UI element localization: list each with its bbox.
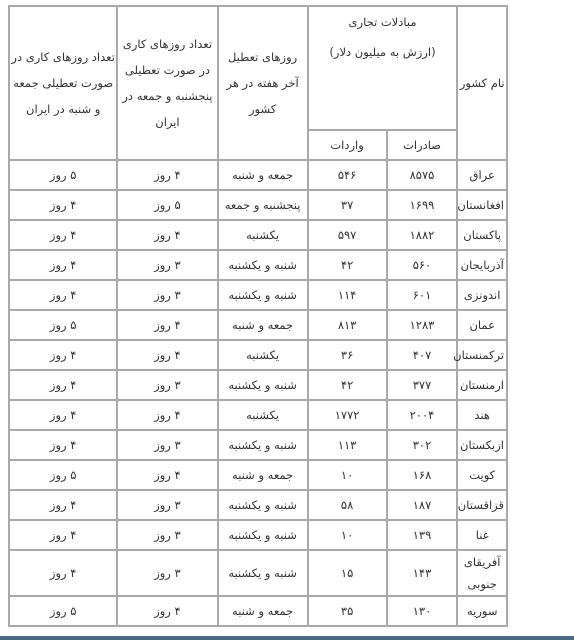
table-row: هند۲۰۰۴۱۷۷۲یکشنبه۴ روز۴ روز [9,400,507,430]
header-row: نام کشور مبادلات تجاری (ارزش به میلیون د… [9,6,507,130]
table-row: پاکستان۱۸۸۲۵۹۷یکشنبه۴ روز۴ روز [9,220,507,250]
header-trade-unit: (ارزش به میلیون دلار) [311,41,455,63]
cell-weekend: یکشنبه [218,220,308,250]
table-row: ارمنستان۳۷۷۴۲شنبه و یکشنبه۳ روز۴ روز [9,370,507,400]
cell-country: افغانستان [457,190,507,220]
cell-workdays-thu-fri: ۴ روز [117,160,217,190]
cell-exports: ۱۸۸۲ [387,220,458,250]
cell-workdays-thu-fri: ۳ روز [117,430,217,460]
cell-country: هند [457,400,507,430]
cell-workdays-thu-fri: ۵ روز [117,190,217,220]
cell-workdays-thu-fri: ۳ روز [117,370,217,400]
cell-country: ازبکستان [457,430,507,460]
cell-workdays-fri-sat: ۴ روز [9,550,117,596]
table-row: قزاقستان۱۸۷۵۸شنبه و یکشنبه۳ روز۴ روز [9,490,507,520]
cell-workdays-fri-sat: ۴ روز [9,250,117,280]
table-row: آفریقای جنوبی۱۴۳۱۵شنبه و یکشنبه۳ روز۴ رو… [9,550,507,596]
cell-weekend: پنجشنبه و جمعه [218,190,308,220]
cell-imports: ۸۱۳ [308,310,387,340]
trade-workdays-table: نام کشور مبادلات تجاری (ارزش به میلیون د… [8,5,508,627]
table-row: ازبکستان۳۰۲۱۱۳شنبه و یکشنبه۳ روز۴ روز [9,430,507,460]
cell-country: کویت [457,460,507,490]
cell-imports: ۴۲ [308,250,387,280]
cell-weekend: جمعه و شنبه [218,460,308,490]
cell-weekend: شنبه و یکشنبه [218,520,308,550]
cell-weekend: شنبه و یکشنبه [218,550,308,596]
cell-country: عراق [457,160,507,190]
cell-exports: ۲۰۰۴ [387,400,458,430]
table-row: عمان۱۲۸۳۸۱۳جمعه و شنبه۴ روز۵ روز [9,310,507,340]
cell-weekend: شنبه و یکشنبه [218,490,308,520]
cell-exports: ۸۵۷۵ [387,160,458,190]
cell-workdays-fri-sat: ۴ روز [9,280,117,310]
cell-country: قزاقستان [457,490,507,520]
bottom-bar [0,636,574,640]
table-row: کویت۱۶۸۱۰جمعه و شنبه۴ روز۵ روز [9,460,507,490]
table-row: افغانستان۱۶۹۹۳۷پنجشنبه و جمعه۵ روز۴ روز [9,190,507,220]
cell-exports: ۱۶۹۹ [387,190,458,220]
header-imports: واردات [308,130,387,160]
cell-workdays-fri-sat: ۴ روز [9,220,117,250]
table-row: آذربایجان۵۶۰۴۲شنبه و یکشنبه۳ روز۴ روز [9,250,507,280]
cell-workdays-thu-fri: ۴ روز [117,400,217,430]
cell-workdays-thu-fri: ۴ روز [117,460,217,490]
header-workdays-thu-fri: تعداد روزهای کاری در صورت تعطیلی پنجشنبه… [117,6,217,160]
cell-imports: ۴۲ [308,370,387,400]
cell-workdays-thu-fri: ۳ روز [117,520,217,550]
header-country: نام کشور [457,6,507,160]
cell-imports: ۱۵ [308,550,387,596]
cell-imports: ۵۴۶ [308,160,387,190]
cell-imports: ۱۰ [308,520,387,550]
cell-imports: ۳۶ [308,340,387,370]
cell-workdays-thu-fri: ۳ روز [117,280,217,310]
cell-workdays-fri-sat: ۵ روز [9,310,117,340]
cell-workdays-thu-fri: ۴ روز [117,310,217,340]
cell-imports: ۱۱۴ [308,280,387,310]
cell-exports: ۱۴۳ [387,550,458,596]
cell-weekend: جمعه و شنبه [218,310,308,340]
cell-country: عمان [457,310,507,340]
table-row: سوریه۱۳۰۳۵جمعه و شنبه۴ روز۵ روز [9,596,507,626]
cell-exports: ۶۰۱ [387,280,458,310]
cell-weekend: یکشنبه [218,400,308,430]
cell-exports: ۱۳۰ [387,596,458,626]
table-body: عراق۸۵۷۵۵۴۶جمعه و شنبه۴ روز۵ روزافغانستا… [9,160,507,626]
cell-exports: ۱۲۸۳ [387,310,458,340]
cell-weekend: شنبه و یکشنبه [218,430,308,460]
header-exports: صادرات [387,130,458,160]
cell-weekend: جمعه و شنبه [218,160,308,190]
cell-exports: ۱۸۷ [387,490,458,520]
cell-imports: ۱۷۷۲ [308,400,387,430]
cell-workdays-fri-sat: ۴ روز [9,520,117,550]
cell-workdays-fri-sat: ۵ روز [9,160,117,190]
trade-table-container: نام کشور مبادلات تجاری (ارزش به میلیون د… [8,5,508,627]
cell-country: آذربایجان [457,250,507,280]
header-trade-title: مبادلات تجاری [349,15,417,29]
cell-imports: ۳۷ [308,190,387,220]
cell-workdays-fri-sat: ۴ روز [9,370,117,400]
cell-exports: ۱۶۸ [387,460,458,490]
cell-workdays-thu-fri: ۴ روز [117,596,217,626]
header-weekend-days: روزهای تعطیل آخر هفته در هر کشور [218,6,308,160]
cell-exports: ۱۳۹ [387,520,458,550]
cell-workdays-fri-sat: ۴ روز [9,400,117,430]
cell-workdays-fri-sat: ۵ روز [9,596,117,626]
cell-weekend: شنبه و یکشنبه [218,370,308,400]
cell-weekend: شنبه و یکشنبه [218,280,308,310]
cell-exports: ۳۰۲ [387,430,458,460]
cell-workdays-thu-fri: ۳ روز [117,250,217,280]
cell-workdays-thu-fri: ۳ روز [117,550,217,596]
cell-workdays-thu-fri: ۳ روز [117,490,217,520]
header-workdays-fri-sat: تعداد روزهای کاری در صورت تعطیلی جمعه و … [9,6,117,160]
table-row: ترکمنستان۴۰۷۳۶یکشنبه۴ روز۴ روز [9,340,507,370]
cell-country: ترکمنستان [457,340,507,370]
cell-weekend: جمعه و شنبه [218,596,308,626]
cell-exports: ۵۶۰ [387,250,458,280]
cell-imports: ۵۸ [308,490,387,520]
cell-workdays-fri-sat: ۴ روز [9,340,117,370]
table-row: اندونزی۶۰۱۱۱۴شنبه و یکشنبه۳ روز۴ روز [9,280,507,310]
cell-imports: ۱۱۳ [308,430,387,460]
cell-workdays-fri-sat: ۵ روز [9,460,117,490]
cell-weekend: شنبه و یکشنبه [218,250,308,280]
cell-workdays-fri-sat: ۴ روز [9,490,117,520]
cell-country: سوریه [457,596,507,626]
cell-weekend: یکشنبه [218,340,308,370]
cell-imports: ۳۵ [308,596,387,626]
cell-country: غنا [457,520,507,550]
table-row: عراق۸۵۷۵۵۴۶جمعه و شنبه۴ روز۵ روز [9,160,507,190]
table-row: غنا۱۳۹۱۰شنبه و یکشنبه۳ روز۴ روز [9,520,507,550]
cell-workdays-thu-fri: ۴ روز [117,220,217,250]
cell-exports: ۳۷۷ [387,370,458,400]
cell-imports: ۵۹۷ [308,220,387,250]
cell-exports: ۴۰۷ [387,340,458,370]
header-trade: مبادلات تجاری (ارزش به میلیون دلار) [308,6,458,130]
cell-country: آفریقای جنوبی [457,550,507,596]
cell-workdays-thu-fri: ۴ روز [117,340,217,370]
cell-country: اندونزی [457,280,507,310]
cell-country: ارمنستان [457,370,507,400]
cell-country: پاکستان [457,220,507,250]
cell-imports: ۱۰ [308,460,387,490]
cell-workdays-fri-sat: ۴ روز [9,430,117,460]
cell-workdays-fri-sat: ۴ روز [9,190,117,220]
